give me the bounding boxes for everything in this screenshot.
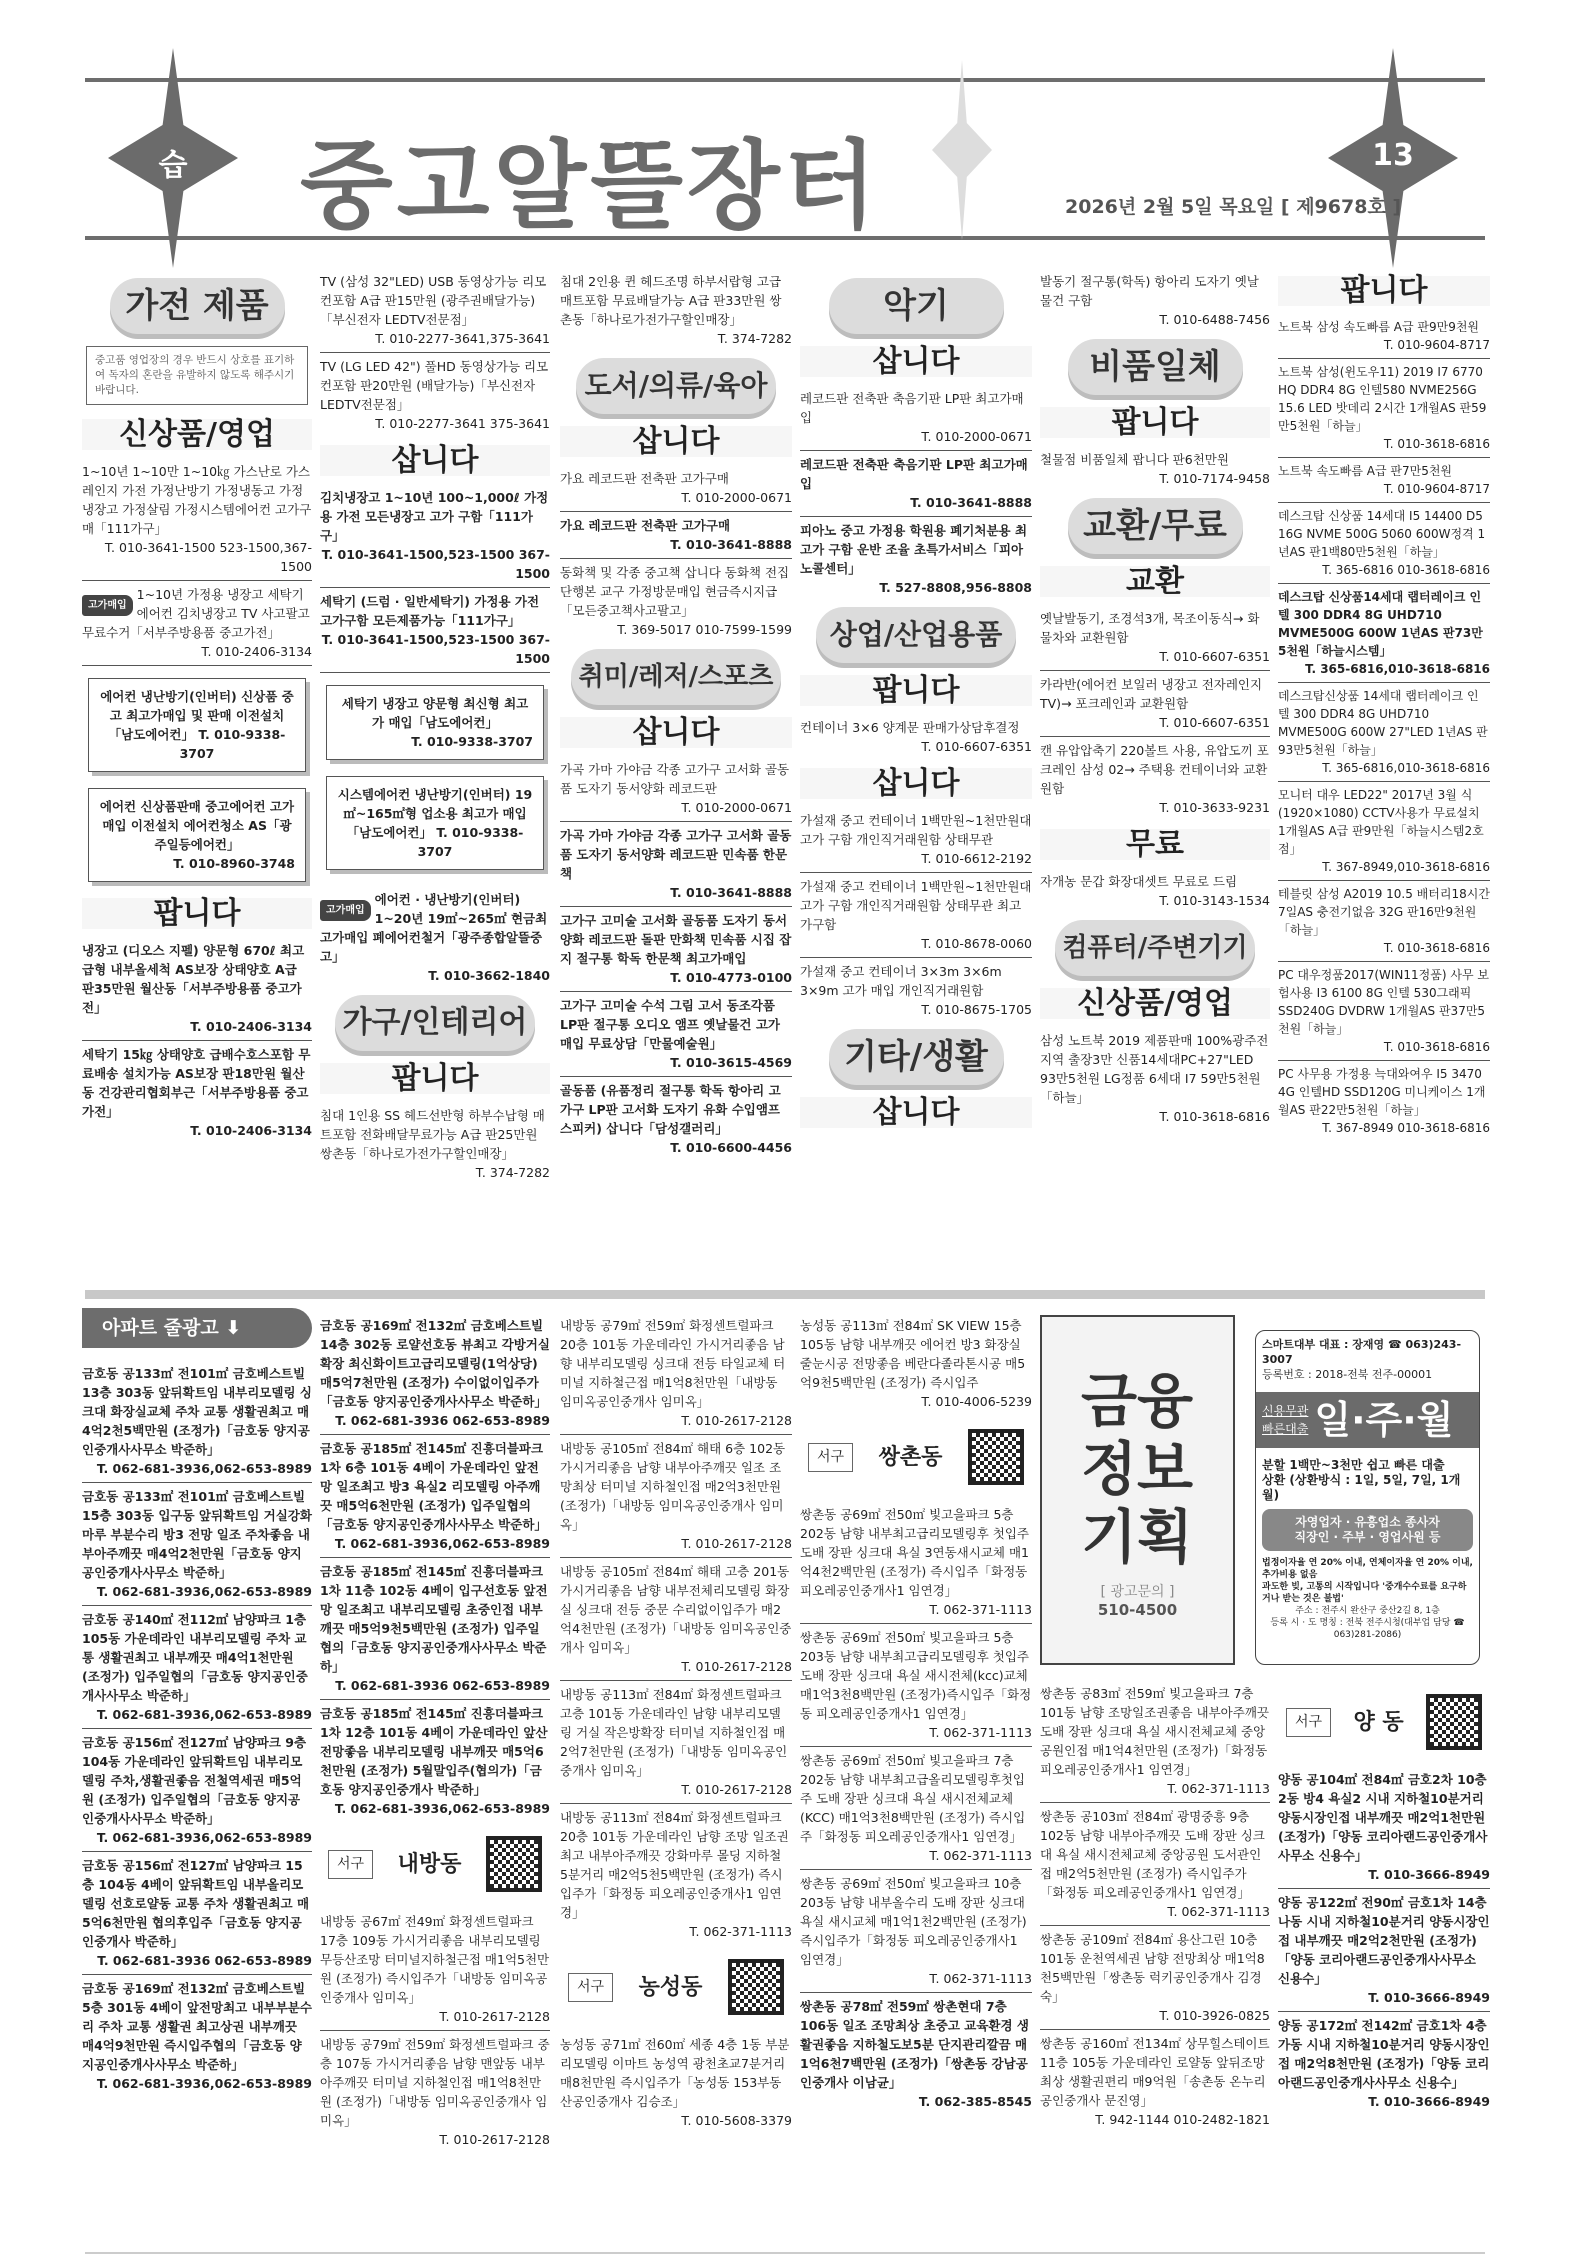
page-number: 13 [1370, 138, 1416, 173]
apartment-ad: 쌍촌동 공69㎡ 전50㎡ 빛고을파크 10층 203동 남향 내부올수리 도배… [800, 1870, 1032, 1993]
loan-registry: 등록 시 · 도 명칭 : 전북 전주시청(대부업 담당 ☎ 063)281-2… [1262, 1617, 1473, 1641]
loan-ad: 스마트대부 대표 : 장재영 ☎ 063)243-3007 등록번호 : 201… [1255, 1330, 1480, 1665]
subhead-buy: 삽니다 [560, 717, 792, 748]
ad-phone: T. 010-3641-1500 523-1500,367-1500 [82, 538, 312, 576]
apartment-ad: 쌍촌동 공103㎡ 전84㎡ 광명중흥 9층 102동 남향 내부아주깨끗 도배… [1040, 1803, 1270, 1926]
section-divider [85, 1290, 1485, 1299]
apt-column-6: 서구 양 동 양동 공104㎡ 전84㎡ 금호2차 10층 2동 방4 욕실2 … [1278, 1680, 1490, 2115]
district-header-yang: 서구 양 동 [1286, 1694, 1482, 1750]
subhead-buy: 삽니다 [320, 445, 550, 476]
district-tag: 서구 [328, 1850, 373, 1879]
issue-date: 2026년 2월 5일 목요일 [ 제9678호 ] [1065, 192, 1401, 219]
classified-ad: 가곡 가마 가야금 각종 고가구 고서화 골동품 도자기 동서양화 레코드판 민… [560, 822, 792, 907]
apartment-ad: 금호동 공156㎡ 전127㎡ 남양파크 15층 104동 4베이 앞뒤확트임 … [82, 1852, 312, 1975]
section-instruments: 악기 [829, 278, 1004, 334]
district-header-ssangchon: 서구 쌍촌동 [808, 1429, 1024, 1485]
qr-code-icon[interactable] [728, 1959, 784, 2015]
district-tag: 서구 [1286, 1708, 1331, 1737]
section-books-clothing: 도서/의류/육아 [576, 358, 776, 414]
apt-column-2: 금호동 공169㎡ 전132㎡ 금호베스트빌 14층 302동 로얄선호동 뷰최… [320, 1312, 550, 2153]
column-4: 악기 삽니다 레코드판 전축판 축음기판 LP판 최고가매입T. 010-200… [800, 272, 1032, 1136]
apartment-ad: 내방동 공79㎡ 전59㎡ 화정센트럴파크 20층 101동 가운데라인 가시거… [560, 1312, 792, 1435]
classified-ad: 철물점 비품일체 팝니다 판6천만원T. 010-7174-9458 [1040, 446, 1270, 492]
apartment-ad: 금호동 공185㎡ 전145㎡ 진흥더블파크1차 6층 101동 4베이 가운데… [320, 1435, 550, 1558]
apartment-ad: 내방동 공79㎡ 전59㎡ 화정센트럴파크 중층 107동 가시거리좋음 남향 … [320, 2031, 550, 2153]
subhead-sell: 팝니다 [320, 1063, 550, 1094]
header-top-rule [85, 78, 1485, 82]
apt-column-1: 아파트 줄광고 ⬇ 금호동 공133㎡ 전101㎡ 금호베스트빌 13층 303… [82, 1300, 312, 2097]
boxed-ad: 에어컨 신상품판매 중고에어컨 고가매입 이전설치 에어컨청소 AS「광주일등에… [88, 788, 306, 882]
loan-company: 스마트대부 대표 : 장재영 ☎ 063)243-3007 [1262, 1337, 1473, 1367]
finance-ad: 금융정보기획 [ 광고문의 ] 510-4500 [1040, 1315, 1235, 1665]
section-commercial: 상업/산업용품 [816, 607, 1016, 663]
classified-ad: 고가구 고미술 수석 그림 고서 동조각품 LP판 절구통 오디오 앰프 옛날물… [560, 992, 792, 1077]
classified-ad: PC 사무용 가정용 늑대와여우 I5 3470 4G 인텔HD SSD120G… [1278, 1061, 1490, 1141]
classified-ad: 가설재 중고 컨테이너 1백만원~1천만원대 고가 구함 개인직거래원함 상태무… [800, 873, 1032, 958]
classified-ad: 발동기 절구통(학독) 항아리 도자기 옛날물건 구함T. 010-6488-7… [1040, 268, 1270, 333]
subhead-sell: 팝니다 [1040, 407, 1270, 438]
district-header-naebang: 서구 내방동 [328, 1836, 542, 1892]
loan-targets: 자영업자 · 유흥업소 종사자직장인 · 주부 · 영업사원 등 [1262, 1509, 1473, 1551]
district-tag: 서구 [568, 1973, 613, 2002]
section-exchange-free: 교환/무료 [1068, 498, 1243, 554]
ad-inquiry-tel: 510-4500 [1042, 1601, 1233, 1619]
section-misc: 기타/생활 [829, 1029, 1004, 1085]
apartment-ad: 금호동 공185㎡ 전145㎡ 진흥더블파크1차 12층 101동 4베이 가운… [320, 1700, 550, 1822]
apartment-ad: 쌍촌동 공69㎡ 전50㎡ 빛고을파크 5층 202동 남향 내부최고급리모델링… [800, 1501, 1032, 1624]
column-1: 가전 제품 중고품 영업장의 경우 반드시 상호를 표기하여 독자의 혼란을 유… [82, 272, 312, 1144]
column-3: 침대 2인용 퀸 헤드조명 하부서랍형 고급매트포함 무료배달가능 A급 판33… [560, 268, 792, 1161]
decor-star-icon [932, 60, 992, 240]
classified-ad: 1~10년 1~10만 1~10㎏ 가스난로 가스레인지 가전 가정난방기 가정… [82, 458, 312, 581]
classified-ad: 김치냉장고 1~10년 100~1,000ℓ 가정용 가전 모든냉장고 고가 구… [320, 484, 550, 588]
subhead-buy: 삽니다 [800, 1097, 1032, 1128]
classified-ad: 동화책 및 각종 중고책 삽니다 동화책 전집 단행본 교구 가정방문매입 현금… [560, 559, 792, 643]
classified-ad: 세탁기 (드럼 · 일반세탁기) 가정용 가전 고가구함 모든제품가능「111가… [320, 588, 550, 673]
classified-ad: 노트북 삼성(윈도우11) 2019 I7 6770 HQ DDR4 8G 인텔… [1278, 359, 1490, 458]
apartment-ad: 금호동 공133㎡ 전101㎡ 금호베스트빌 15층 303동 입구동 앞뒤확트… [82, 1483, 312, 1606]
subhead-new-business: 신상품/영업 [1040, 988, 1270, 1019]
apartment-header: 아파트 줄광고 ⬇ [82, 1308, 312, 1348]
apartment-ad: 쌍촌동 공160㎡ 전134㎡ 상무힐스테이트 11층 105동 가운데라인 로… [1040, 2030, 1270, 2133]
classified-ad: TV (삼성 32"LED) USB 동영상가능 리모컨포함 A급 판15만원 … [320, 268, 550, 353]
loan-legal-1: 법정이자율 연 20% 이내, 연체이자율 연 20% 이내, 추가비용 없음 [1262, 1557, 1473, 1581]
notice-box: 중고품 영업장의 경우 반드시 상호를 표기하여 독자의 혼란을 유발하지 않도… [86, 346, 308, 405]
page-title: 중고알뜰장터 [300, 110, 880, 247]
apartment-ad: 농성동 공113㎡ 전84㎡ SK VIEW 15층 105동 남향 내부깨끗 … [800, 1312, 1032, 1415]
classified-ad: 가요 레코드판 전축판 고가구매T. 010-3641-8888 [560, 512, 792, 559]
apartment-ad: 쌍촌동 공78㎡ 전59㎡ 쌍촌현대 7층 106동 일조 조망최상 초중고 교… [800, 1993, 1032, 2115]
classified-ad: 데스크탑신상품 14세대 랩터레이크 인텔 300 DDR4 8G UHD710… [1278, 683, 1490, 782]
classified-ad: 데스크탑 신상품 14세대 I5 14400 D5 16G NVME 500G … [1278, 503, 1490, 584]
boxed-ad: 시스템에어컨 냉난방기(인버터) 19㎡~165㎡형 업소용 최고가 매입「남도… [326, 776, 544, 870]
neighborhood-name: 양 동 [1353, 1713, 1403, 1732]
loan-split-2: 상환 (상환방식 : 1일, 5일, 7일, 1개월) [1262, 1473, 1473, 1503]
qr-code-icon[interactable] [486, 1836, 542, 1892]
apartment-ad: 내방동 공113㎡ 전84㎡ 화정센트럴파크 고층 101동 가운데라인 남향 … [560, 1681, 792, 1804]
column-2: TV (삼성 32"LED) USB 동영상가능 리모컨포함 A급 판15만원 … [320, 268, 550, 1186]
section-computers: 컴퓨터/주변기기 [1055, 920, 1255, 976]
loan-period: 일·주·월 [1314, 1413, 1453, 1428]
high-price-tag: 고가매입 [320, 900, 371, 921]
classified-ad: 가설재 중고 컨테이너 3×3m 3×6m 3×9m 고가 매입 개인직거래원함… [800, 958, 1032, 1023]
subhead-buy: 삽니다 [560, 426, 792, 457]
apartment-ad: 양동 공122㎡ 전90㎡ 금호1차 14층 나동 시내 지하철10분거리 양동… [1278, 1889, 1490, 2012]
section-furniture: 가구/인테리어 [335, 995, 535, 1051]
classified-ad: 자개농 문갑 화장대셋트 무료로 드림T. 010-3143-1534 [1040, 868, 1270, 914]
loan-banner: 신용무관빠른대출 일·주·월 [1256, 1392, 1479, 1448]
classified-ad: TV (LG LED 42") 풀HD 동영상가능 리모컨포함 판20만원 (배… [320, 353, 550, 437]
apartment-ad: 금호동 공140㎡ 전112㎡ 남양파크 1층 105동 가운데라인 내부리모델… [82, 1606, 312, 1729]
apartment-ad: 쌍촌동 공69㎡ 전50㎡ 빛고을파크 7층 202동 남향 내부최고급올리모델… [800, 1747, 1032, 1870]
classified-ad: 가설재 중고 컨테이너 1백만원~1천만원대 고가 구함 개인직거래원함 상태무… [800, 807, 1032, 873]
ad-inquiry-label: [ 광고문의 ] [1042, 1581, 1233, 1601]
apartment-ad: 내방동 공113㎡ 전84㎡ 화정센트럴파크 20층 101동 가운데라인 남향… [560, 1804, 792, 1945]
classified-ad: 가요 레코드판 전축판 고가구매T. 010-2000-0671 [560, 465, 792, 512]
apt-column-4: 농성동 공113㎡ 전84㎡ SK VIEW 15층 105동 남향 내부깨끗 … [800, 1312, 1032, 2115]
classified-ad: 골동품 (유품정리 절구통 학독 항아리 고가구 LP판 고서화 도자기 유화 … [560, 1077, 792, 1161]
boxed-ad: 에어컨 냉난방기(인버터) 신상품 중고 최고가매입 및 판매 이전설치「남도에… [88, 678, 306, 772]
subhead-new-business: 신상품/영업 [82, 419, 312, 450]
classified-ad: 침대 2인용 퀸 헤드조명 하부서랍형 고급매트포함 무료배달가능 A급 판33… [560, 268, 792, 352]
apartment-ad: 금호동 공156㎡ 전127㎡ 남양파크 9층 104동 가운데라인 앞뒤확트임… [82, 1729, 312, 1852]
classified-ad: 냉장고 (디오스 지펠) 양문형 670ℓ 최고급형 내부올세척 AS보장 상태… [82, 937, 312, 1041]
ad-phone: T. 010-2406-3134 [82, 642, 312, 661]
apartment-ad: 내방동 공67㎡ 전49㎡ 화정센트럴파크 17층 109동 가시거리좋음 내부… [320, 1908, 550, 2031]
classified-ad: 레코드판 전축판 축음기판 LP판 최고가매입T. 010-2000-0671 [800, 385, 1032, 451]
classified-ad: 세탁기 15㎏ 상태양호 급배수호스포함 무료배송 설치가능 AS보장 판18만… [82, 1041, 312, 1144]
subhead-exchange: 교환 [1040, 566, 1270, 597]
apt-column-3: 내방동 공79㎡ 전59㎡ 화정센트럴파크 20층 101동 가운데라인 가시거… [560, 1312, 792, 2134]
district-header-nongseong: 서구 농성동 [568, 1959, 784, 2015]
apartment-ad: 쌍촌동 공83㎡ 전59㎡ 빛고을파크 7층 101동 남향 조망일조권좋음 내… [1040, 1680, 1270, 1803]
classified-ad: 고가매입1~10년 가정용 냉장고 세탁기 에어컨 김치냉장고 TV 사고팔고무… [82, 581, 312, 666]
neighborhood-name: 내방동 [398, 1855, 462, 1874]
apartment-ad: 쌍촌동 공69㎡ 전50㎡ 빛고을파크 5층 203동 남향 내부최고급리모델링… [800, 1624, 1032, 1747]
qr-code-icon[interactable] [968, 1429, 1024, 1485]
subhead-buy: 삽니다 [800, 346, 1032, 377]
loan-legal-2: 과도한 빚, 고통의 시작입니다 '중개수수료를 요구하거나 받는 것은 불법' [1262, 1581, 1473, 1605]
apartment-ad: 양동 공172㎡ 전142㎡ 금호1차 4층 가동 시내 지하철10분거리 양동… [1278, 2012, 1490, 2115]
apartment-ad: 금호동 공169㎡ 전132㎡ 금호베스트빌 14층 302동 로얄선호동 뷰최… [320, 1312, 550, 1435]
left-badge-icon: 습 [150, 140, 196, 184]
classified-ad: 피아노 중고 가정용 학원용 폐기처분용 최고가 구함 운반 조율 초특가서비스… [800, 517, 1032, 601]
apt-column-5: 쌍촌동 공83㎡ 전59㎡ 빛고을파크 7층 101동 남향 조망일조권좋음 내… [1040, 1680, 1270, 2133]
district-tag: 서구 [808, 1443, 853, 1472]
apartment-ad: 금호동 공169㎡ 전132㎡ 금호베스트빌 5층 301동 4베이 앞전망최고… [82, 1975, 312, 2097]
apartment-ad: 농성동 공71㎡ 전60㎡ 세종 4층 1동 부분리모델링 이마트 농성역 광천… [560, 2031, 792, 2134]
subhead-sell: 팝니다 [800, 675, 1032, 706]
apartment-ad: 양동 공104㎡ 전84㎡ 금호2차 10층 2동 방4 욕실2 시내 지하철1… [1278, 1766, 1490, 1889]
classified-ad: 카라반(에어컨 보일러 냉장고 전자레인지 TV)→ 포크레인과 교환원함T. … [1040, 671, 1270, 737]
apartment-ad: 쌍촌동 공109㎡ 전84㎡ 용산그린 10층 101동 운천역세권 남향 전망… [1040, 1926, 1270, 2030]
classified-ad: PC 대우정품2017(WIN11정품) 사무 보험사용 I3 6100 8G … [1278, 962, 1490, 1061]
down-arrow-icon: ⬇ [225, 1317, 241, 1339]
loan-address: 주소 : 전주시 완산구 중산2길 8, 1층 [1262, 1605, 1473, 1617]
neighborhood-name: 농성동 [639, 1978, 703, 1997]
classified-ad: 컨테이너 3×6 양계문 판매가상담후결정T. 010-6607-6351 [800, 714, 1032, 760]
apartment-ad: 금호동 공185㎡ 전145㎡ 진흥더블파크1차 11층 102동 4베이 입구… [320, 1558, 550, 1700]
loan-registration: 등록번호 : 2018-전북 전주-00001 [1262, 1367, 1473, 1382]
classified-ad: 레코드판 전축판 축음기판 LP판 최고가매입T. 010-3641-8888 [800, 451, 1032, 517]
classified-ad: 노트북 삼성 속도빠름 A급 판9만9천원T. 010-9604-8717 [1278, 314, 1490, 359]
column-5: 발동기 절구통(학독) 항아리 도자기 옛날물건 구함T. 010-6488-7… [1040, 268, 1270, 1130]
neighborhood-name: 쌍촌동 [879, 1448, 943, 1467]
high-price-tag: 고가매입 [82, 595, 133, 616]
column-6: 팝니다 노트북 삼성 속도빠름 A급 판9만9천원T. 010-9604-871… [1278, 268, 1490, 1141]
classified-ad: 침대 1인용 SS 헤드선반형 하부수납형 매트포함 전화배달무료가능 A급 판… [320, 1102, 550, 1186]
subhead-sell: 팝니다 [82, 898, 312, 929]
classified-ad: 캔 유압압축기 220볼트 사용, 유압도끼 포크레인 삼성 02→ 주택용 컨… [1040, 737, 1270, 821]
classified-ad: 고가구 고미술 고서화 골동품 도자기 동서양화 레코드판 돌판 만화책 민속품… [560, 907, 792, 992]
section-hobby-sports: 취미/레저/스포츠 [571, 649, 781, 705]
apartment-ad: 내방동 공105㎡ 전84㎡ 해태 6층 102동 가시거리좋음 남향 내부아주… [560, 1435, 792, 1558]
section-fixtures: 비품일체 [1068, 339, 1243, 395]
subhead-buy: 삽니다 [800, 768, 1032, 799]
classified-ad: 고가매입에어컨 · 냉난방기(인버터) 1~20년 19㎡~265㎡ 현금최고가… [320, 886, 550, 989]
boxed-ad: 세탁기 냉장고 양문형 최신형 최고가 매입「남도에어컨」T. 010-9338… [326, 685, 544, 760]
apartment-ad: 내방동 공105㎡ 전84㎡ 해태 고층 201동 가시거리좋음 남향 내부전체… [560, 1558, 792, 1681]
qr-code-icon[interactable] [1426, 1694, 1482, 1750]
section-appliances: 가전 제품 [110, 278, 285, 334]
subhead-sell: 팝니다 [1278, 276, 1490, 306]
classified-ad: 삼성 노트북 2019 제품판매 100%광주전지역 출장3만 신품14세대PC… [1040, 1027, 1270, 1130]
classified-ad: 노트북 속도빠름 A급 판7만5천원T. 010-9604-8717 [1278, 458, 1490, 503]
subhead-free: 무료 [1040, 829, 1270, 860]
finance-ad-title: 금융정보기획 [1072, 1367, 1202, 1571]
classified-ad: 옛날발동기, 조경석3개, 목조이동식→ 화물차와 교환원함T. 010-660… [1040, 605, 1270, 671]
loan-split-1: 분할 1백만~3천만 쉽고 빠른 대출 [1262, 1458, 1473, 1473]
classified-ad: 모니터 대우 LED22" 2017년 3월 식(1920×1080) CCTV… [1278, 782, 1490, 881]
apartment-ad: 금호동 공133㎡ 전101㎡ 금호베스트빌 13층 303동 앞뒤확트임 내부… [82, 1360, 312, 1483]
bottom-rule [85, 2252, 1485, 2254]
classified-ad: 가곡 가마 가야금 각종 고가구 고서화 골동품 도자기 동서양화 레코드판T.… [560, 756, 792, 822]
classified-ad: 데스크탑 신상품14세대 랩터레이크 인텔 300 DDR4 8G UHD710… [1278, 584, 1490, 683]
classified-ad: 테블릿 삼성 A2019 10.5 배터리18시간 7일AS 충전기없음 32G… [1278, 881, 1490, 962]
